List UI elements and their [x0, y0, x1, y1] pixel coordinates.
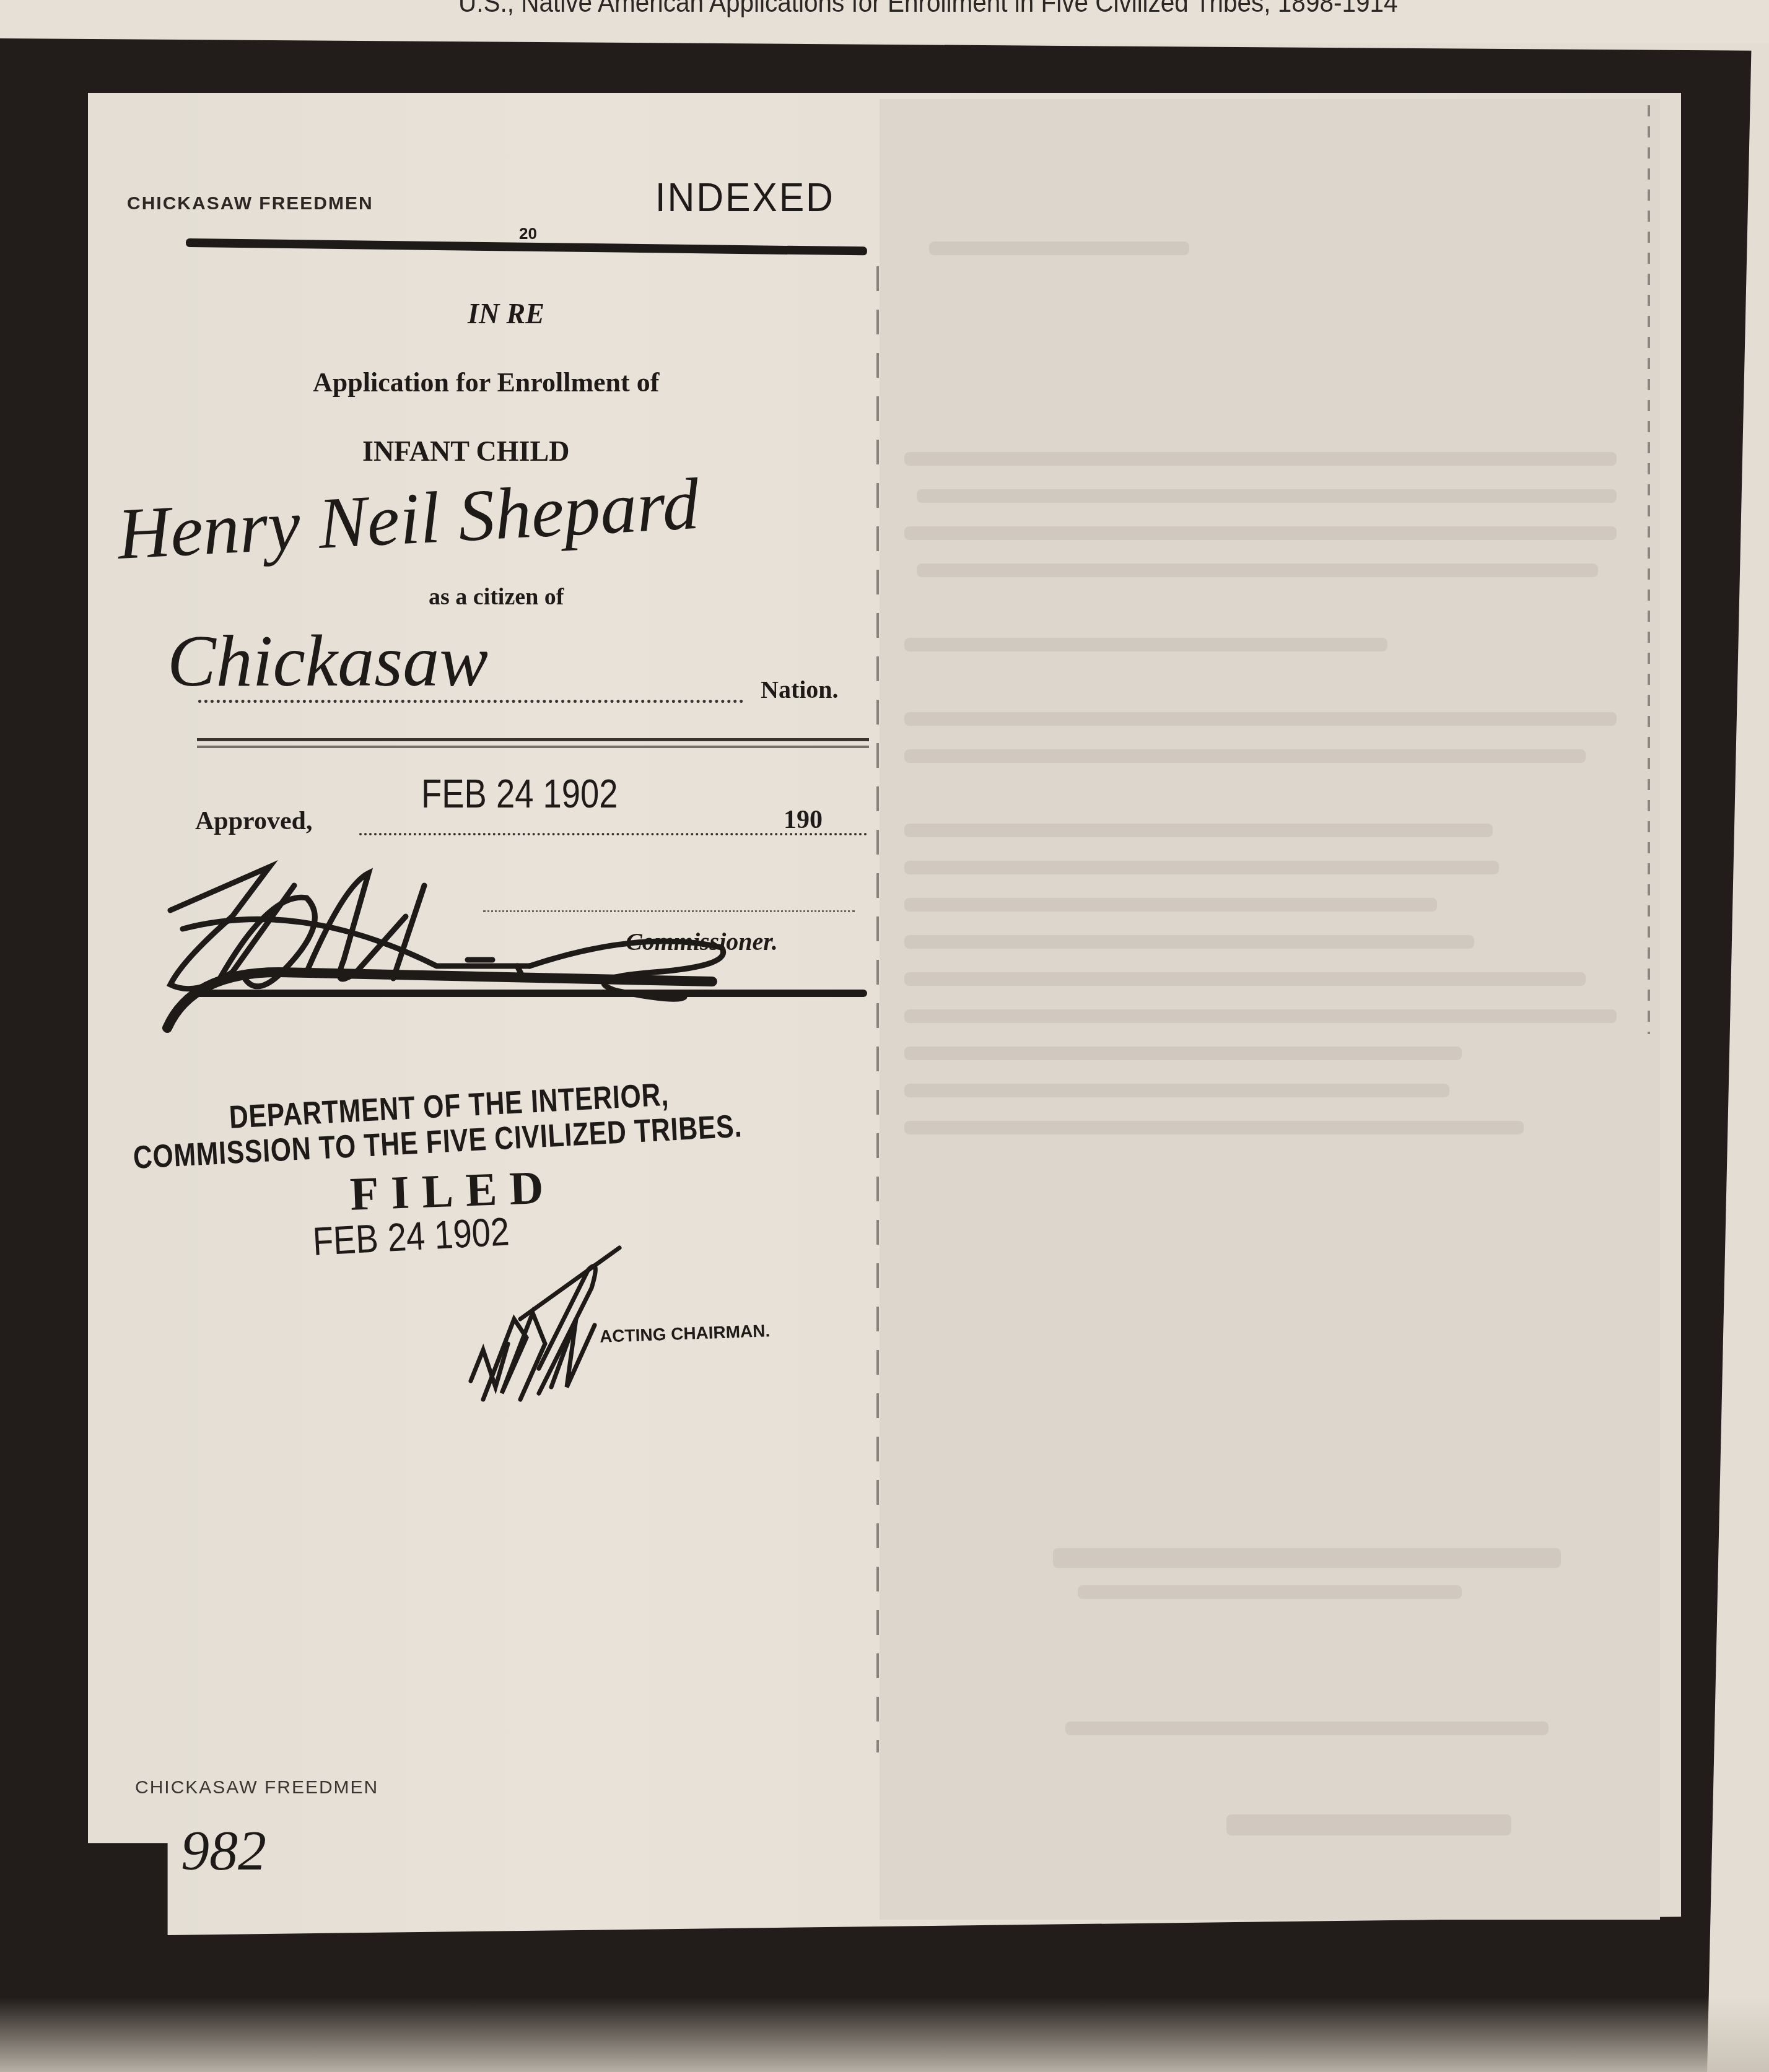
- back-page-bleed-through: [880, 99, 1660, 1920]
- approved-date-stamp: FEB 24 1902: [421, 771, 618, 817]
- divider-rule-secondary: [197, 746, 869, 748]
- footer-stamp: CHICKASAW FREEDMEN: [135, 1777, 378, 1798]
- approved-year-prefix: 190: [784, 805, 823, 835]
- acting-chairman-signature: [446, 1245, 632, 1406]
- book-page-header: U.S., Native American Applications for E…: [0, 0, 1769, 43]
- header-stamp: CHICKASAW FREEDMEN: [127, 193, 373, 214]
- file-number: 982: [181, 1817, 266, 1883]
- citizen-of-label: as a citizen of: [429, 583, 564, 611]
- nation-label: Nation.: [761, 675, 839, 704]
- approval-rule: [195, 990, 867, 997]
- form-number: 20: [519, 224, 537, 243]
- indexed-stamp: INDEXED: [655, 175, 835, 220]
- page-edge-line: [1648, 105, 1650, 1034]
- in-re-heading: IN RE: [468, 297, 544, 330]
- applicant-type: INFANT CHILD: [362, 435, 569, 468]
- approved-dotted-line: [359, 833, 867, 835]
- nation-name: Chickasaw: [167, 619, 488, 703]
- bottom-shadow: [0, 1998, 1769, 2072]
- divider-rule: [197, 738, 869, 741]
- nation-dotted-line: [198, 700, 743, 703]
- collection-title: U.S., Native American Applications for E…: [458, 0, 1397, 19]
- fold-line: [876, 266, 879, 1752]
- application-heading: Application for Enrollment of: [313, 367, 659, 398]
- approved-label: Approved,: [195, 806, 312, 836]
